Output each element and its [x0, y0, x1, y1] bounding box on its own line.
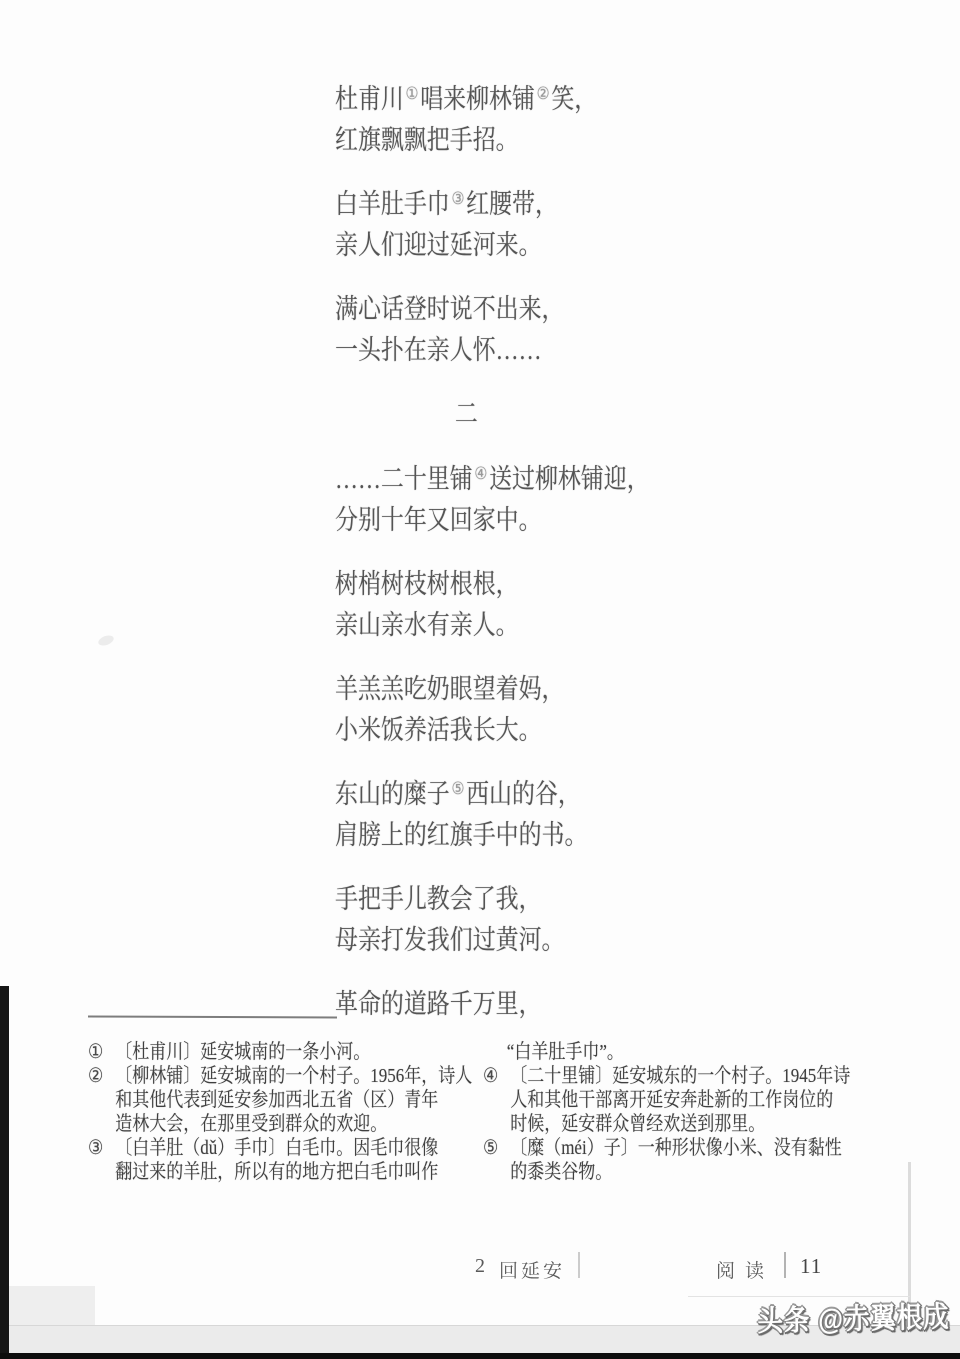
- footnote-item: ⑤〔糜（méi）子〕一种形状像小米、没有黏性的黍类谷物。: [483, 1136, 893, 1184]
- poem-text: 红腰带，: [466, 189, 558, 219]
- footnote-line: 和其他代表到延安参加西北五省（区）青年: [88, 1088, 481, 1112]
- footnote-line: ⑤〔糜（méi）子〕一种形状像小米、没有黏性: [483, 1136, 893, 1160]
- poem-line: 杜甫川①唱来柳林铺②笑，: [335, 79, 701, 120]
- footnotes-left-column: ①〔杜甫川〕延安城南的一条小河。②〔柳林铺〕延安城南的一个村子。1956年，诗人…: [88, 1040, 481, 1184]
- poem-line: ……二十里铺④送过柳林铺迎，: [335, 459, 701, 500]
- poem-line: 肩膀上的红旗手中的书。: [335, 815, 701, 856]
- scan-smudge: [97, 634, 115, 648]
- footnote-separator: [88, 1015, 337, 1018]
- page-number: 11: [800, 1254, 822, 1279]
- poem-text: 亲山亲水有亲人。: [335, 610, 519, 640]
- lesson-number: 2: [475, 1255, 485, 1278]
- poem-stanza: 羊羔羔吃奶眼望着妈，小米饭养活我长大。: [335, 669, 701, 751]
- poem-text: 分别十年又回家中。: [335, 505, 542, 535]
- poem-line: 满心话登时说不出来，: [335, 289, 701, 330]
- poem-text: 白羊肚手巾: [335, 189, 450, 219]
- poem-stanza: 手把手儿教会了我，母亲打发我们过黄河。: [335, 879, 701, 961]
- left-edge-shadow: [0, 986, 9, 1359]
- poem-text: 唱来柳林铺: [420, 84, 535, 114]
- poem-text: 杜甫川: [335, 84, 404, 114]
- lesson-title: 回延安: [499, 1256, 565, 1283]
- poem-line: 东山的糜子⑤西山的谷，: [335, 774, 701, 815]
- footnote-ref: ⑤: [451, 779, 464, 798]
- footnote-ref: ①: [406, 84, 419, 103]
- footer-divider-left: [578, 1252, 580, 1278]
- poem-text: 西山的谷，: [466, 779, 581, 809]
- poem-text: 笑，: [551, 84, 597, 114]
- poem-text: 小米饭养活我长大。: [335, 715, 542, 745]
- poem-text: 羊羔羔吃奶眼望着妈，: [335, 674, 565, 704]
- poem-line: 亲山亲水有亲人。: [335, 605, 701, 646]
- footnote-number: ①: [88, 1040, 115, 1064]
- footnote-line: ④〔二十里铺〕延安城东的一个村子。1945年诗: [483, 1064, 893, 1088]
- poem-line: 小米饭养活我长大。: [335, 710, 701, 751]
- poem-stanza: 满心话登时说不出来，一头扑在亲人怀……: [335, 289, 701, 371]
- footnote-ref: ③: [451, 189, 464, 208]
- footnote-item: ①〔杜甫川〕延安城南的一条小河。: [88, 1040, 481, 1064]
- footer-divider-right: [784, 1252, 786, 1278]
- bottom-edge-line: [0, 1353, 960, 1359]
- poem-line: 白羊肚手巾③红腰带，: [335, 184, 701, 225]
- footnote-line: 翻过来的羊肚，所以有的地方把白毛巾叫作: [88, 1160, 481, 1184]
- poem-text: 亲人们迎过延河来。: [335, 230, 542, 260]
- footnotes-right-column: “白羊肚手巾”。④〔二十里铺〕延安城东的一个村子。1945年诗人和其他干部离开延…: [483, 1040, 893, 1184]
- poem-stanza: 杜甫川①唱来柳林铺②笑，红旗飘飘把手招。: [335, 79, 701, 161]
- footnote-number: ⑤: [483, 1136, 510, 1160]
- poem-text: 红旗飘飘把手招。: [335, 125, 519, 155]
- poem-line: 亲人们迎过延河来。: [335, 225, 701, 266]
- poem-line: 一头扑在亲人怀……: [335, 330, 701, 371]
- poem-text: 送过柳林铺迎，: [489, 464, 650, 494]
- poem-text: 树梢树枝树根根，: [335, 569, 519, 599]
- footnote-line: 造林大会，在那里受到群众的欢迎。: [88, 1112, 481, 1136]
- footnote-line: ③〔白羊肚（dǔ）手巾〕白毛巾。因毛巾很像: [88, 1136, 481, 1160]
- poem-line: 红旗飘飘把手招。: [335, 120, 701, 161]
- footnote-line: 人和其他干部离开延安奔赴新的工作岗位的: [483, 1088, 893, 1112]
- footnote-number: ②: [88, 1064, 115, 1088]
- footnote-item: ③〔白羊肚（dǔ）手巾〕白毛巾。因毛巾很像翻过来的羊肚，所以有的地方把白毛巾叫作: [88, 1136, 481, 1184]
- poem-line: 母亲打发我们过黄河。: [335, 920, 701, 961]
- poem-stanza: 白羊肚手巾③红腰带，亲人们迎过延河来。: [335, 184, 701, 266]
- poem-stanza: 东山的糜子⑤西山的谷，肩膀上的红旗手中的书。: [335, 774, 701, 856]
- footnote-line: “白羊肚手巾”。: [483, 1040, 893, 1064]
- section-label: 阅读: [716, 1256, 774, 1283]
- poem-body: 杜甫川①唱来柳林铺②笑，红旗飘飘把手招。白羊肚手巾③红腰带，亲人们迎过延河来。满…: [335, 79, 701, 1048]
- poem-line: 树梢树枝树根根，: [335, 564, 701, 605]
- poem-line: 手把手儿教会了我，: [335, 879, 701, 920]
- footnote-ref: ②: [537, 84, 550, 103]
- poem-line: 革命的道路千万里，: [335, 984, 701, 1025]
- poem-text: 一头扑在亲人怀……: [335, 335, 542, 365]
- footnote-ref: ④: [474, 464, 487, 483]
- footnote-line: ②〔柳林铺〕延安城南的一个村子。1956年，诗人: [88, 1064, 481, 1088]
- poem-text: 革命的道路千万里，: [335, 989, 542, 1019]
- textbook-page: 杜甫川①唱来柳林铺②笑，红旗飘飘把手招。白羊肚手巾③红腰带，亲人们迎过延河来。满…: [0, 0, 960, 1359]
- footnote-line: 的黍类谷物。: [483, 1160, 893, 1184]
- footnote-line: 时候，延安群众曾经欢送到那里。: [483, 1112, 893, 1136]
- poem-text: 手把手儿教会了我，: [335, 884, 542, 914]
- poem-line: 分别十年又回家中。: [335, 500, 701, 541]
- footnote-number: ③: [88, 1136, 115, 1160]
- footnote-item: “白羊肚手巾”。: [483, 1040, 893, 1064]
- poem-stanza: 树梢树枝树根根，亲山亲水有亲人。: [335, 564, 701, 646]
- poem-line: 羊羔羔吃奶眼望着妈，: [335, 669, 701, 710]
- poem-text: 满心话登时说不出来，: [335, 294, 565, 324]
- poem-text: 东山的糜子: [335, 779, 450, 809]
- footnote-line: ①〔杜甫川〕延安城南的一条小河。: [88, 1040, 481, 1064]
- footnote-number: ④: [483, 1064, 510, 1088]
- scan-gray-patch: [9, 1286, 95, 1326]
- poem-stanza: 革命的道路千万里，: [335, 984, 701, 1025]
- watermark: 头条 @赤翼根成: [757, 1294, 950, 1340]
- poem-text: 肩膀上的红旗手中的书。: [335, 820, 587, 850]
- poem-text: 母亲打发我们过黄河。: [335, 925, 565, 955]
- poem-text: ……二十里铺: [335, 464, 473, 494]
- footnote-item: ④〔二十里铺〕延安城东的一个村子。1945年诗人和其他干部离开延安奔赴新的工作岗…: [483, 1064, 893, 1136]
- footnote-item: ②〔柳林铺〕延安城南的一个村子。1956年，诗人和其他代表到延安参加西北五省（区…: [88, 1064, 481, 1136]
- section-heading: 二: [335, 394, 701, 435]
- poem-stanza: ……二十里铺④送过柳林铺迎，分别十年又回家中。: [335, 459, 701, 541]
